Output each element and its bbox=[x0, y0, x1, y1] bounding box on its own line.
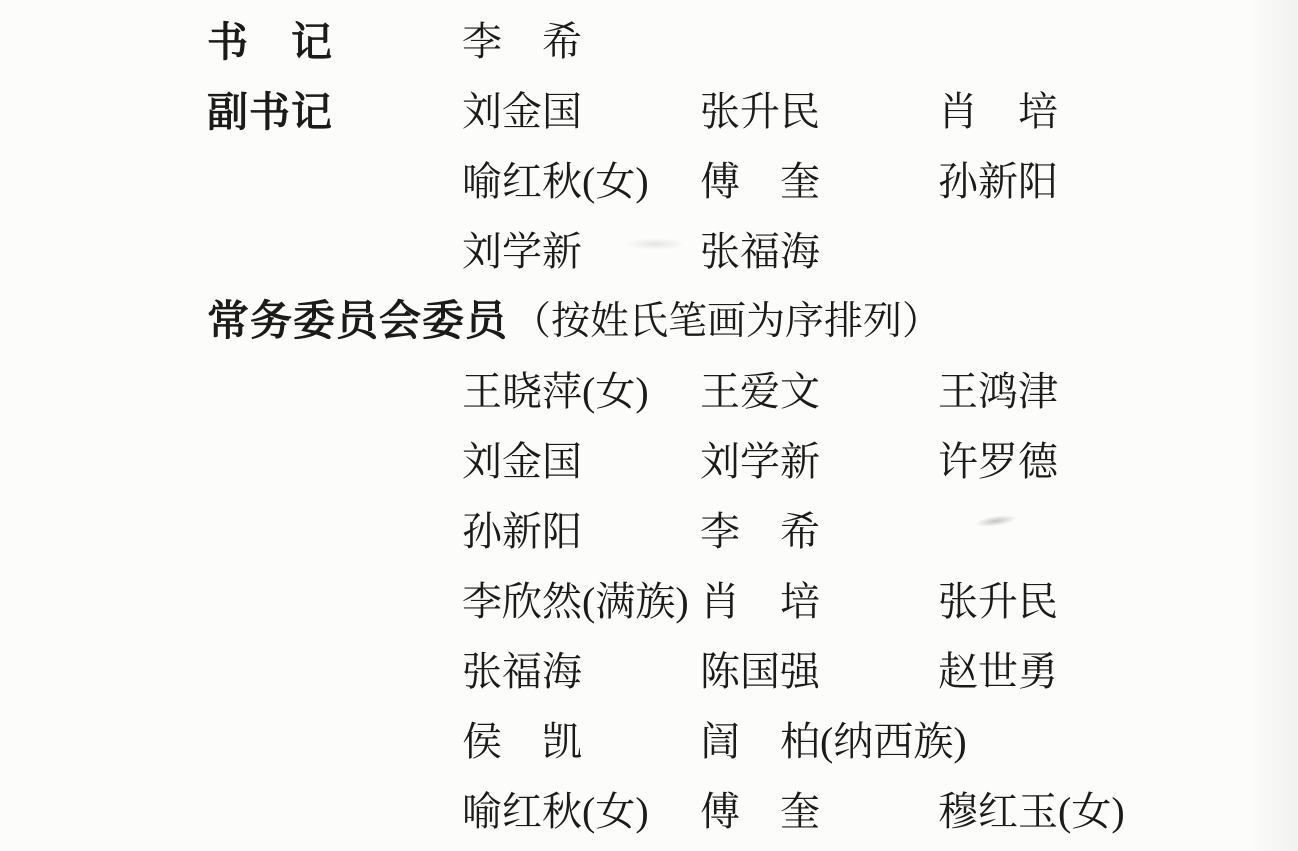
member-name: 傅 奎 bbox=[700, 780, 938, 837]
member-name: 张福海 bbox=[700, 220, 938, 277]
member-name: 喻红秋(女) bbox=[462, 150, 700, 207]
committee-member-row: 孙新阳 李 希 bbox=[0, 493, 1298, 563]
section-heading: 常务委员会委员 bbox=[207, 288, 508, 348]
committee-member-row: 张福海 陈国强 赵世勇 bbox=[0, 633, 1298, 703]
committee-member-row: 李欣然(满族) 肖 培 张升民 bbox=[0, 563, 1298, 633]
member-name: 肖 培 bbox=[700, 570, 938, 627]
member-name: 赵世勇 bbox=[938, 640, 1176, 697]
member-name: 喻红秋(女) bbox=[462, 780, 700, 837]
member-name: 张升民 bbox=[938, 570, 1176, 627]
member-name: 穆红玉(女) bbox=[938, 780, 1176, 837]
deputy-secretary-row: 喻红秋(女) 傅 奎 孙新阳 bbox=[0, 143, 1298, 213]
member-name: 刘金国 bbox=[462, 80, 700, 137]
member-name: 李欣然(满族) bbox=[462, 570, 700, 627]
committee-member-row: 侯 凯 訚 柏(纳西族) bbox=[0, 703, 1298, 773]
scanned-document-page: { "page": { "background": "#fcfcfa", "in… bbox=[0, 0, 1298, 851]
member-name: 傅 奎 bbox=[700, 150, 938, 207]
committee-member-row: 王晓萍(女) 王爱文 王鸿津 bbox=[0, 353, 1298, 423]
section-heading-note: （按姓氏笔画为序排列） bbox=[512, 290, 941, 346]
member-name: 王鸿津 bbox=[938, 360, 1176, 417]
member-name: 陈国强 bbox=[700, 640, 938, 697]
member-name: 刘学新 bbox=[700, 430, 938, 487]
standing-committee-heading-row: 常务委员会委员 （按姓氏笔画为序排列） bbox=[0, 283, 1298, 353]
member-name: 李 希 bbox=[462, 10, 700, 67]
member-name: 肖 培 bbox=[938, 80, 1176, 137]
member-name: 王晓萍(女) bbox=[462, 360, 700, 417]
member-name: 李 希 bbox=[700, 500, 938, 557]
member-name: 孙新阳 bbox=[462, 500, 700, 557]
roster-document: 书 记 李 希 副书记 刘金国 张升民 肖 培 喻红秋(女) 傅 奎 孙新阳 刘… bbox=[0, 3, 1298, 843]
member-name: 张升民 bbox=[700, 80, 938, 137]
member-name: 张福海 bbox=[462, 640, 700, 697]
member-name: 孙新阳 bbox=[938, 150, 1176, 207]
deputy-label: 副书记 bbox=[207, 79, 462, 138]
secretary-label: 书 记 bbox=[207, 9, 462, 68]
member-name: 王爱文 bbox=[700, 360, 938, 417]
deputy-secretary-row: 副书记 刘金国 张升民 肖 培 bbox=[0, 73, 1298, 143]
member-name: 刘金国 bbox=[462, 430, 700, 487]
member-name: 侯 凯 bbox=[462, 710, 700, 767]
committee-member-row: 刘金国 刘学新 许罗德 bbox=[0, 423, 1298, 493]
committee-member-row: 喻红秋(女) 傅 奎 穆红玉(女) bbox=[0, 773, 1298, 843]
member-name: 许罗德 bbox=[938, 430, 1176, 487]
member-name: 訚 柏(纳西族) bbox=[700, 710, 938, 767]
scan-smudge bbox=[625, 238, 685, 250]
secretary-row: 书 记 李 希 bbox=[0, 3, 1298, 73]
